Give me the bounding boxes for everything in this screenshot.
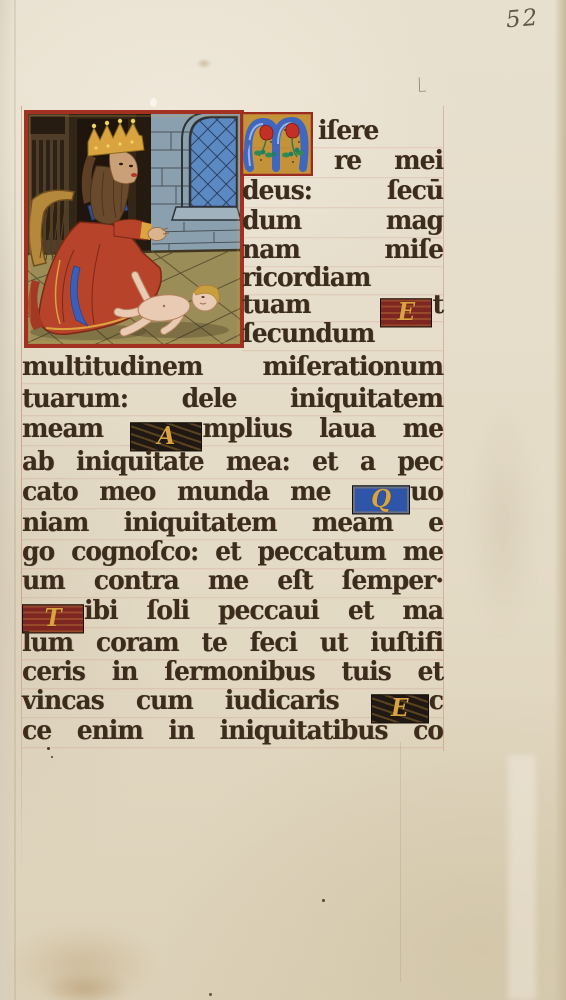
text-line: um contra me eſt ſemper· [22,566,443,598]
folio-number: 52 [505,5,540,34]
text-line: ce enim in iniquitatibus co [22,716,443,748]
line-text: ibi ſoli peccaui et ma [84,595,443,625]
line-text: tuam [242,289,310,319]
text-line: cato meo munda me Quo [22,477,443,509]
parchment-stain [8,925,158,1000]
text-line: iſere [242,116,443,148]
line-text: vincas cum iudicaris [22,685,339,715]
text-line: ſecundum [242,319,443,351]
eye [129,165,133,167]
margin-ruling-right [443,106,444,751]
text-line: Tibi ſoli peccaui et ma [22,596,443,628]
text-line: vincas cum iudicaris Ec [22,686,443,718]
text-line: multitudinem miſerationum [22,352,443,384]
line-text: t [432,289,443,319]
text-line: re mei [242,146,443,178]
parchment-stain [196,58,212,69]
parchment-fleck [150,98,157,107]
ink-speck [209,993,212,996]
ink-speck [51,756,53,758]
line-text: uo [410,476,443,506]
text-line: deus: ſecū [242,176,443,208]
line-text: cato meo munda me [22,476,330,506]
line-text: meam [22,413,103,443]
line-text: c [429,685,443,715]
parchment-stain [40,972,130,1000]
eye [119,163,123,165]
ink-speck [322,899,325,902]
text-line: ab iniquitate mea: et a pec [22,447,443,479]
ink-speck [47,747,50,750]
gutter-shadow [14,0,16,1000]
corner-pencil-mark: L [417,74,427,97]
text-line: tuarum: dele iniquitatem [22,384,443,416]
window-sill [172,207,241,220]
line-text: mplius laua me [202,413,443,443]
page-edge-highlight [508,755,536,1000]
text-line: meam Amplius laua me [22,414,443,446]
manuscript-page: 52 L [0,0,566,1000]
lips [131,173,137,177]
parchment-stain [468,400,538,640]
miniature-illustration [24,110,244,348]
parchment-crease [400,742,401,982]
